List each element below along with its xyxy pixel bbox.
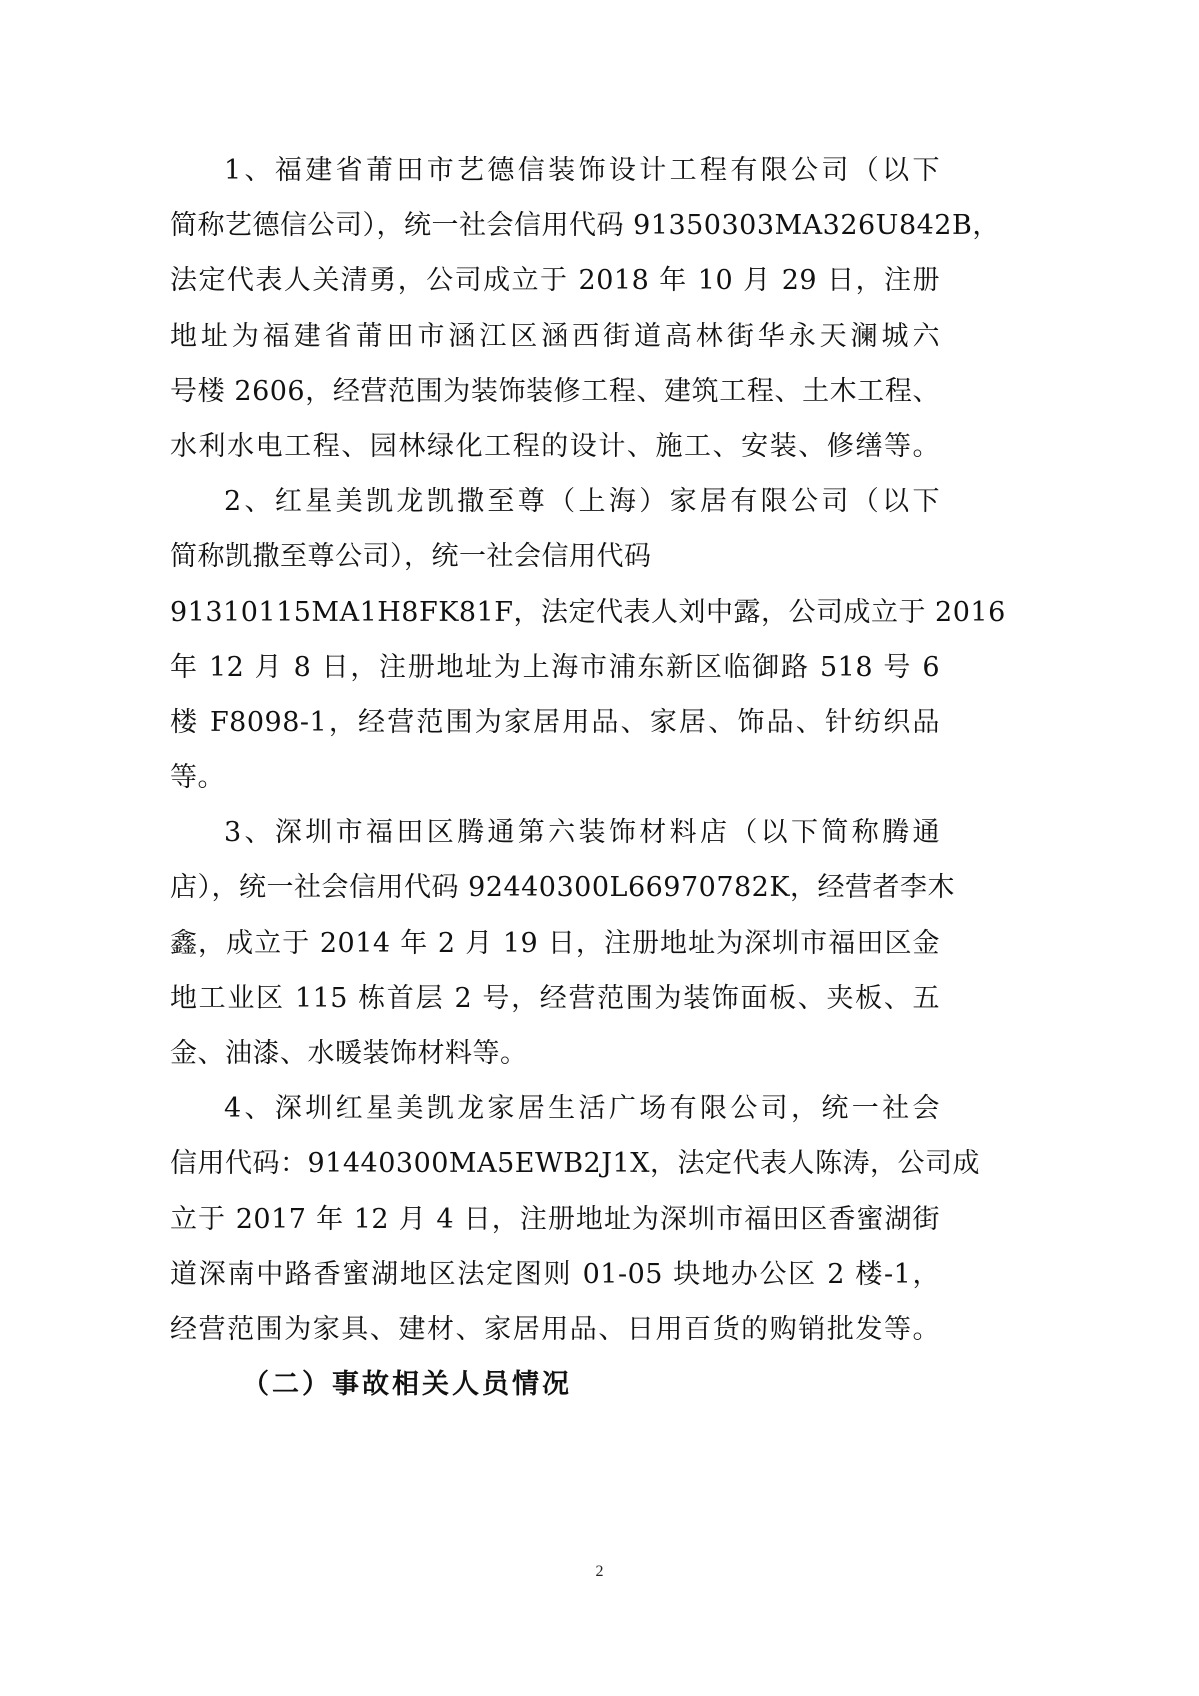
text-line: 地址为福建省莆田市涵江区涵西街道高林街华永天澜城六 (170, 309, 940, 364)
paragraph-company-4: 4、深圳红星美凯龙家居生活广场有限公司，统一社会 信用代码：91440300MA… (170, 1081, 940, 1357)
text-line: 4、深圳红星美凯龙家居生活广场有限公司，统一社会 (170, 1081, 940, 1136)
text-line: 等。 (170, 750, 940, 805)
paragraph-company-1: 1、福建省莆田市艺德信装饰设计工程有限公司（以下 简称艺德信公司），统一社会信用… (170, 143, 940, 474)
text-line: 鑫，成立于 2014 年 2 月 19 日，注册地址为深圳市福田区金 (170, 916, 940, 971)
paragraph-company-3: 3、深圳市福田区腾通第六装饰材料店（以下简称腾通 店），统一社会信用代码 924… (170, 805, 940, 1081)
text-line: 2、红星美凯龙凯撒至尊（上海）家居有限公司（以下 (170, 474, 940, 529)
text-line: 经营范围为家具、建材、家居用品、日用百货的购销批发等。 (170, 1302, 940, 1357)
text-line: 金、油漆、水暖装饰材料等。 (170, 1026, 940, 1081)
text-line: 年 12 月 8 日，注册地址为上海市浦东新区临御路 518 号 6 (170, 640, 940, 695)
text-line: 3、深圳市福田区腾通第六装饰材料店（以下简称腾通 (170, 805, 940, 860)
text-line: 法定代表人关清勇，公司成立于 2018 年 10 月 29 日，注册 (170, 253, 940, 308)
text-line: 地工业区 115 栋首层 2 号，经营范围为装饰面板、夹板、五 (170, 971, 940, 1026)
text-line: 号楼 2606，经营范围为装饰装修工程、建筑工程、土木工程、 (170, 364, 940, 419)
text-line: 楼 F8098-1，经营范围为家居用品、家居、饰品、针纺织品 (170, 695, 940, 750)
text-line: 信用代码：91440300MA5EWB2J1X，法定代表人陈涛，公司成 (170, 1136, 940, 1191)
text-line: 立于 2017 年 12 月 4 日，注册地址为深圳市福田区香蜜湖街 (170, 1192, 940, 1247)
text-line: 道深南中路香蜜湖地区法定图则 01-05 块地办公区 2 楼-1， (170, 1247, 940, 1302)
paragraph-company-2: 2、红星美凯龙凯撒至尊（上海）家居有限公司（以下 简称凯撒至尊公司），统一社会信… (170, 474, 940, 805)
document-page: 1、福建省莆田市艺德信装饰设计工程有限公司（以下 简称艺德信公司），统一社会信用… (0, 0, 1199, 1696)
text-line: 1、福建省莆田市艺德信装饰设计工程有限公司（以下 (170, 143, 940, 198)
page-number: 2 (0, 1563, 1199, 1581)
text-line: 简称艺德信公司），统一社会信用代码 91350303MA326U842B， (170, 198, 940, 253)
text-line: 简称凯撒至尊公司），统一社会信用代码 (170, 529, 940, 584)
text-line: 水利水电工程、园林绿化工程的设计、施工、安装、修缮等。 (170, 419, 940, 474)
section-heading: （二）事故相关人员情况 (170, 1357, 940, 1412)
text-line: 店），统一社会信用代码 92440300L66970782K，经营者李木 (170, 860, 940, 915)
text-line: 91310115MA1H8FK81F，法定代表人刘中露，公司成立于 2016 (170, 585, 940, 640)
document-body: 1、福建省莆田市艺德信装饰设计工程有限公司（以下 简称艺德信公司），统一社会信用… (170, 143, 940, 1412)
